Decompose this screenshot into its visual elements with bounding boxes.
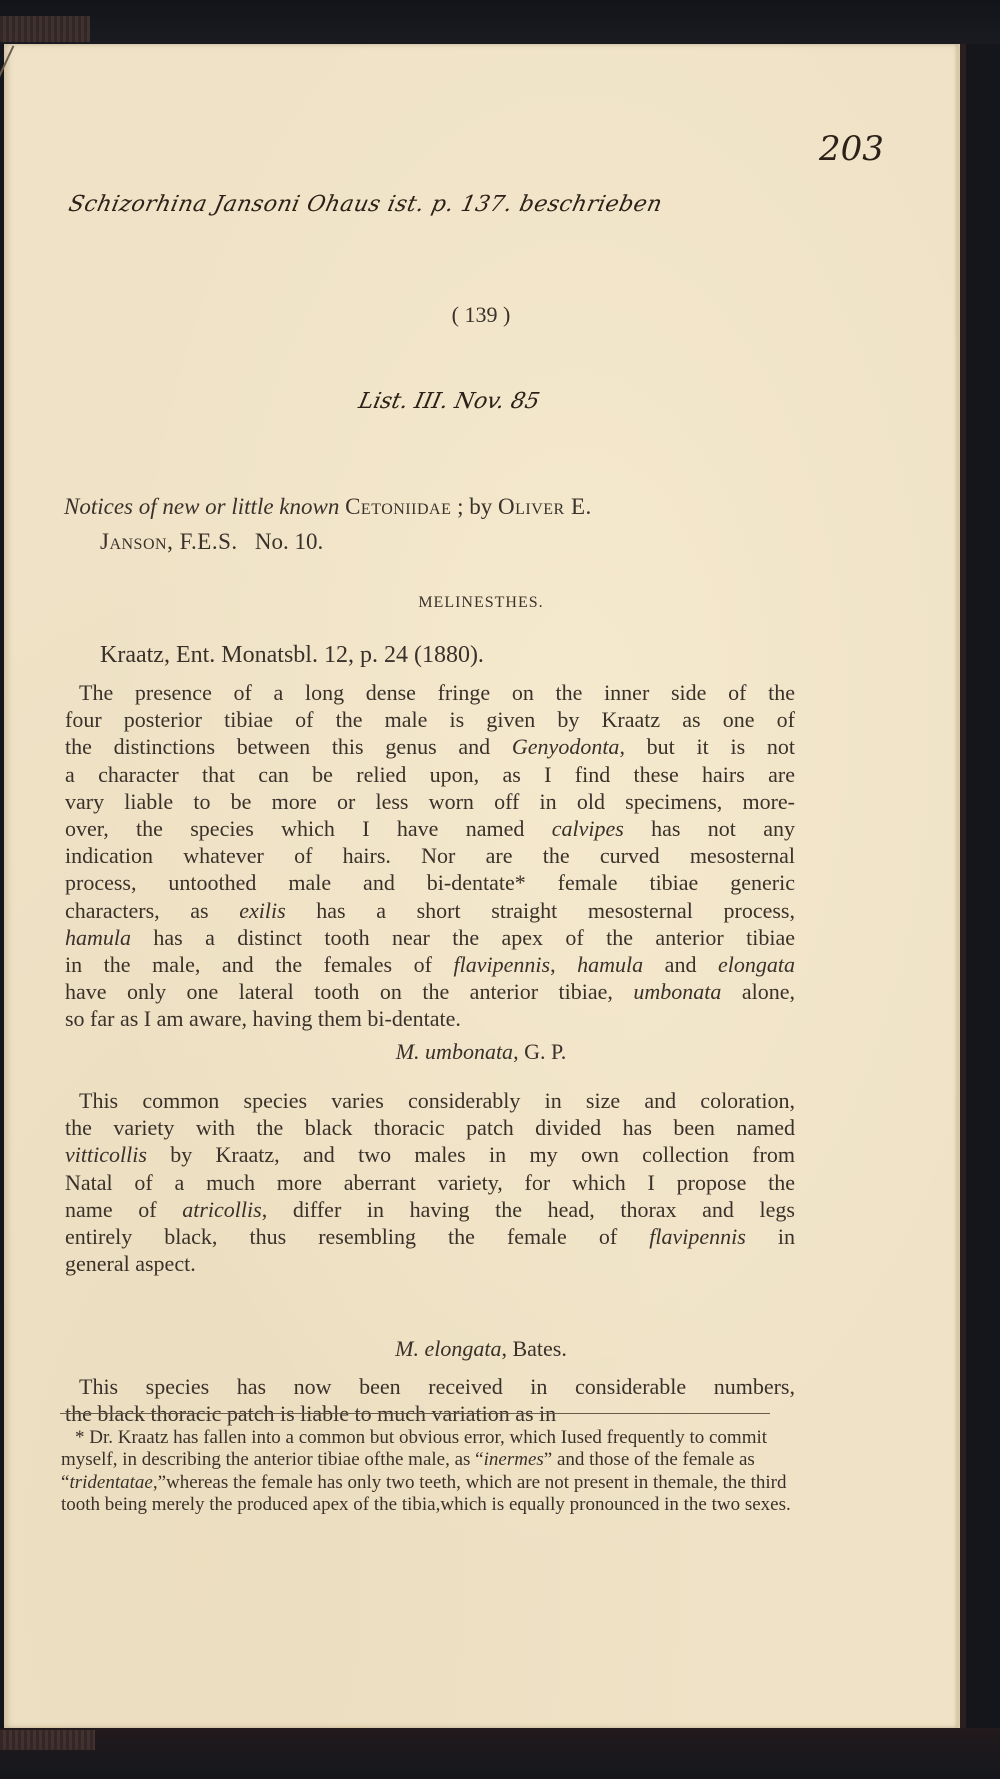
title-family: Cetoniidae: [345, 494, 451, 519]
italic-term: tridentatae: [69, 1472, 152, 1493]
species-heading-elongata: M. elongata, Bates.: [4, 1336, 958, 1362]
italic-term: calvipes: [552, 816, 624, 841]
species-name: M. elongata: [395, 1336, 501, 1361]
text-line: vary liable to be more or less worn off …: [65, 788, 795, 815]
italic-term: atricollis: [182, 1197, 261, 1222]
footnote-divider: [60, 1413, 770, 1414]
text-line: * Dr. Kraatz has fallen into a common bu…: [61, 1427, 567, 1448]
footnote: * Dr. Kraatz has fallen into a common bu…: [61, 1427, 793, 1517]
title-italic: Notices of new or little known: [64, 494, 339, 519]
italic-term: flavipennis: [454, 952, 551, 977]
text-line: which is equally pronounced in the two s…: [440, 1494, 790, 1515]
handwritten-catalog-number: 203: [819, 129, 884, 169]
printed-page-number: ( 139 ): [4, 302, 958, 328]
italic-term: hamula: [65, 925, 131, 950]
scanner-backdrop-top: [0, 0, 1000, 44]
text-line: entirely black, thus resembling the fema…: [65, 1223, 795, 1250]
species-authority: , Bates.: [501, 1336, 566, 1361]
text-line: have only one lateral tooth on the anter…: [65, 978, 795, 1005]
italic-term: umbonata: [633, 979, 721, 1004]
text-line: vitticollis by Kraatz, and two males in …: [65, 1141, 795, 1168]
text-line: The presence of a long dense fringe on t…: [65, 679, 795, 706]
paragraph-umbonata: This common species varies considerably …: [65, 1087, 795, 1277]
text-line: This species has now been received in co…: [65, 1373, 795, 1400]
article-author-line: Janson, F.E.S. No. 10.: [100, 529, 323, 555]
article-title: Notices of new or little known Cetoniida…: [64, 494, 864, 520]
text-line: general aspect.: [65, 1250, 795, 1277]
species-heading-umbonata: M. umbonata, G. P.: [4, 1039, 958, 1065]
handwritten-annotation-top: Schizorhina Jansoni Ohaus ist. p. 137. b…: [66, 192, 664, 217]
genus-heading: MELINESTHES.: [4, 594, 958, 612]
binding-edge-bottom: [0, 1730, 95, 1750]
text-line: indication whatever of hairs. Nor are th…: [65, 842, 795, 869]
italic-term: inermes: [484, 1449, 544, 1470]
paragraph-elongata: This species has now been received in co…: [65, 1373, 795, 1427]
issue-number: No. 10.: [255, 529, 323, 554]
text-line: so far as I am aware, having them bi-den…: [65, 1005, 795, 1032]
italic-term: vitticollis: [65, 1142, 147, 1167]
text-line: the variety with the black thoracic patc…: [65, 1114, 795, 1141]
scanner-backdrop-bottom: [0, 1728, 1000, 1779]
paragraph-genus-discussion: The presence of a long dense fringe on t…: [65, 679, 795, 1033]
text-line: Natal of a much more aberrant variety, f…: [65, 1169, 795, 1196]
text-line: name of atricollis, differ in having the…: [65, 1196, 795, 1223]
text-line: a character that can be relied upon, as …: [65, 761, 795, 788]
pencil-mark: [0, 45, 14, 82]
author-name-part1: Oliver E.: [498, 494, 592, 519]
italic-term: flavipennis: [649, 1224, 746, 1249]
text-line: This common species varies considerably …: [65, 1087, 795, 1114]
text-line: process, untoothed male and bi-dentate* …: [65, 869, 795, 896]
author-name-part2: Janson, F.E.S.: [100, 529, 238, 554]
species-authority: , G. P.: [513, 1039, 566, 1064]
italic-term: elongata: [718, 952, 795, 977]
text-line: whereas the female has only two teeth, w…: [166, 1472, 676, 1493]
italic-term: exilis: [239, 898, 285, 923]
title-separator: ; by: [451, 494, 498, 519]
text-line: over, the species which I have named cal…: [65, 815, 795, 842]
text-line: four posterior tibiae of the male is giv…: [65, 706, 795, 733]
genus-citation: Kraatz, Ent. Monatsbl. 12, p. 24 (1880).: [100, 642, 484, 669]
italic-term: Genyodonta: [512, 734, 620, 759]
text-line: characters, as exilis has a short straig…: [65, 897, 795, 924]
text-line: the distinctions between this genus and …: [65, 733, 795, 760]
binding-edge-top: [0, 16, 90, 42]
species-name: M. umbonata: [396, 1039, 513, 1064]
text-line: in the male, and the females of flavipen…: [65, 951, 795, 978]
handwritten-date-annotation: List. III. Nov. 85: [356, 389, 541, 414]
italic-term: hamula: [577, 952, 643, 977]
text-line: hamula has a distinct tooth near the ape…: [65, 924, 795, 951]
